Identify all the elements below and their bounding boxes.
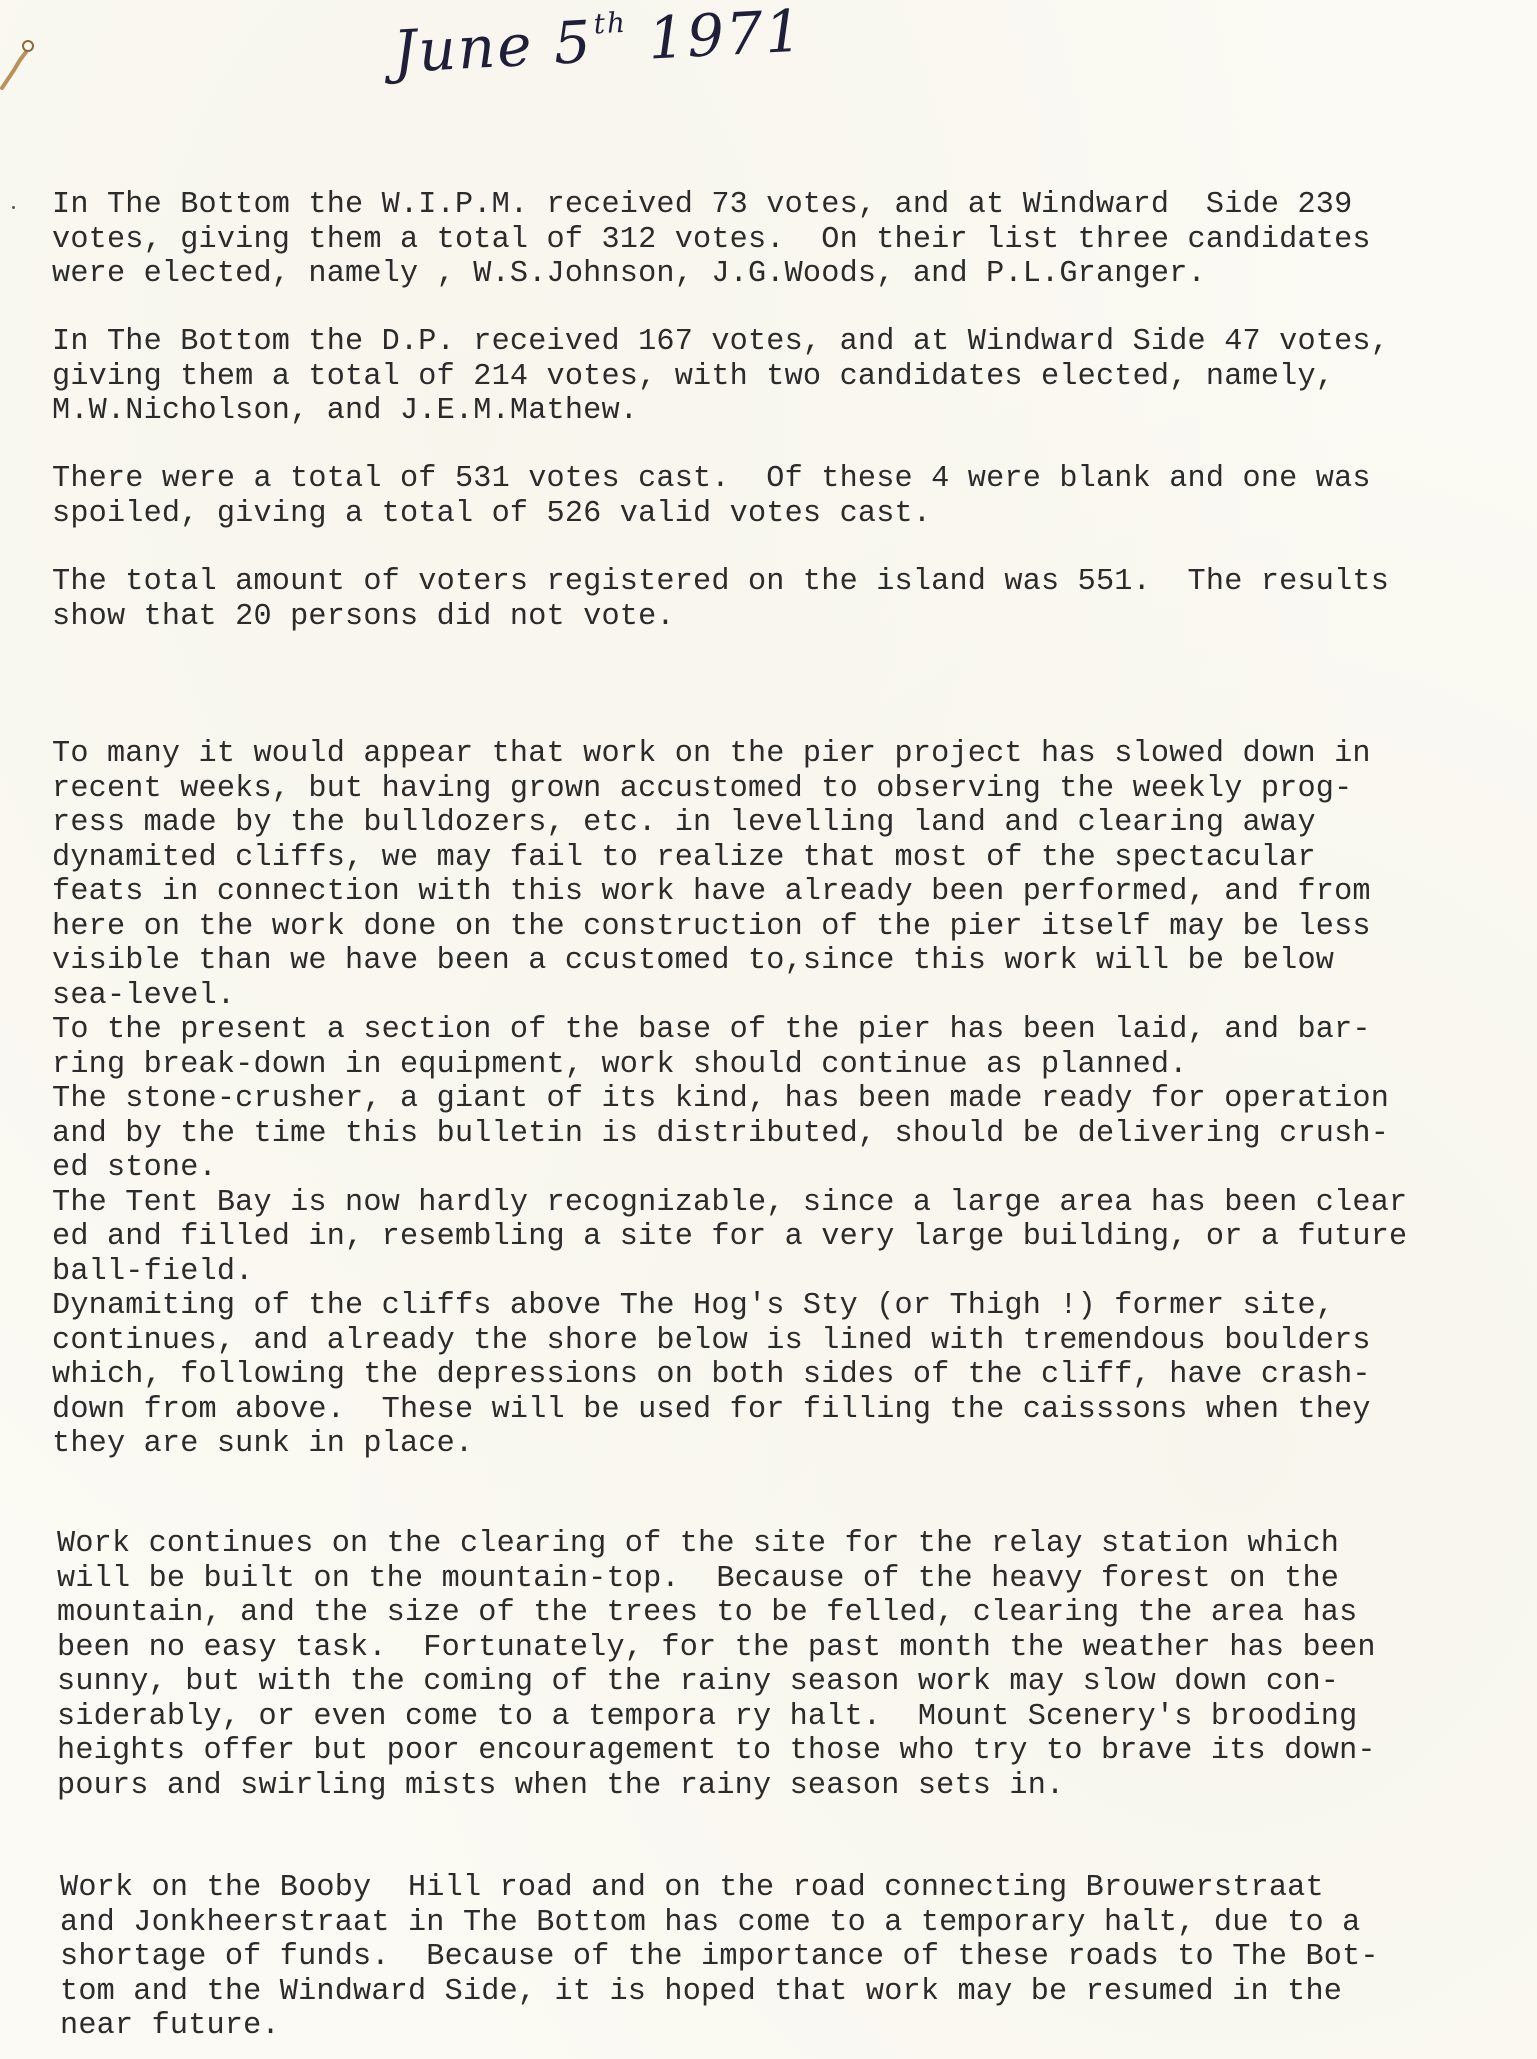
text-line: pours and swirling mists when the rainy …	[57, 1769, 1376, 1804]
text-line: tom and the Windward Side, it is hoped t…	[60, 1975, 1379, 2010]
text-line: feats in connection with this work have …	[52, 875, 1407, 910]
text-line: and by the time this bulletin is distrib…	[52, 1117, 1407, 1152]
paragraph-election-dp: In The Bottom the D.P. received 167 vote…	[52, 325, 1389, 429]
text-line: were elected, namely , W.S.Johnson, J.G.…	[52, 257, 1371, 292]
margin-dot	[12, 206, 15, 209]
text-line: here on the work done on the constructio…	[52, 910, 1407, 945]
text-line: sunny, but with the coming of the rainy …	[57, 1665, 1376, 1700]
text-line: Dynamiting of the cliffs above The Hog's…	[52, 1289, 1407, 1324]
text-line: which, following the depressions on both…	[52, 1358, 1407, 1393]
text-line: mountain, and the size of the trees to b…	[57, 1596, 1376, 1631]
text-line: spoiled, giving a total of 526 valid vot…	[52, 497, 1371, 532]
text-line: continues, and already the shore below i…	[52, 1324, 1407, 1359]
text-line: and Jonkheerstraat in The Bottom has com…	[60, 1906, 1379, 1941]
text-line: show that 20 persons did not vote.	[52, 600, 1389, 635]
paragraph-election-wipm: In The Bottom the W.I.P.M. received 73 v…	[52, 188, 1371, 292]
text-line: In The Bottom the W.I.P.M. received 73 v…	[52, 188, 1371, 223]
text-line: down from above. These will be used for …	[52, 1393, 1407, 1428]
paragraph-pier-project: To many it would appear that work on the…	[52, 737, 1407, 1462]
text-line: they are sunk in place.	[52, 1427, 1407, 1462]
date-year: 1971	[646, 0, 805, 73]
text-line: Work continues on the clearing of the si…	[57, 1527, 1376, 1562]
text-line: votes, giving them a total of 312 votes.…	[52, 223, 1371, 258]
handwritten-date: June 5th 1971	[391, 0, 805, 86]
text-line: The Tent Bay is now hardly recognizable,…	[52, 1186, 1407, 1221]
text-line: ed stone.	[52, 1151, 1407, 1186]
text-line: will be built on the mountain-top. Becau…	[57, 1562, 1376, 1597]
text-line: ress made by the bulldozers, etc. in lev…	[52, 806, 1407, 841]
text-line: siderably, or even come to a tempora ry …	[57, 1700, 1376, 1735]
text-line: ring break-down in equipment, work shoul…	[52, 1048, 1407, 1083]
text-line: giving them a total of 214 votes, with t…	[52, 360, 1389, 395]
text-line: The total amount of voters registered on…	[52, 565, 1389, 600]
date-suffix: th	[593, 6, 628, 41]
text-line: ball-field.	[52, 1255, 1407, 1290]
paragraph-votes-cast: There were a total of 531 votes cast. Of…	[52, 462, 1371, 531]
paragraph-roads: Work on the Booby Hill road and on the r…	[60, 1871, 1379, 2044]
text-line: shortage of funds. Because of the import…	[60, 1940, 1379, 1975]
text-line: been no easy task. Fortunately, for the …	[57, 1631, 1376, 1666]
text-line: sea-level.	[52, 979, 1407, 1014]
text-line: recent weeks, but having grown accustome…	[52, 772, 1407, 807]
text-line: To the present a section of the base of …	[52, 1013, 1407, 1048]
date-main: June 5	[391, 8, 594, 86]
text-line: Work on the Booby Hill road and on the r…	[60, 1871, 1379, 1906]
text-line: The stone-crusher, a giant of its kind, …	[52, 1082, 1407, 1117]
text-line: dynamited cliffs, we may fail to realize…	[52, 841, 1407, 876]
text-line: ed and filled in, resembling a site for …	[52, 1220, 1407, 1255]
text-line: near future.	[60, 2009, 1379, 2044]
staple-mark-icon	[0, 30, 34, 90]
text-line: visible than we have been a ccustomed to…	[52, 944, 1407, 979]
text-line: heights offer but poor encouragement to …	[57, 1734, 1376, 1769]
paragraph-registered-voters: The total amount of voters registered on…	[52, 565, 1389, 634]
text-line: To many it would appear that work on the…	[52, 737, 1407, 772]
text-line: In The Bottom the D.P. received 167 vote…	[52, 325, 1389, 360]
text-line: M.W.Nicholson, and J.E.M.Mathew.	[52, 394, 1389, 429]
text-line: There were a total of 531 votes cast. Of…	[52, 462, 1371, 497]
document-page: June 5th 1971 In The Bottom the W.I.P.M.…	[0, 0, 1537, 2059]
paragraph-relay-station: Work continues on the clearing of the si…	[57, 1527, 1376, 1803]
